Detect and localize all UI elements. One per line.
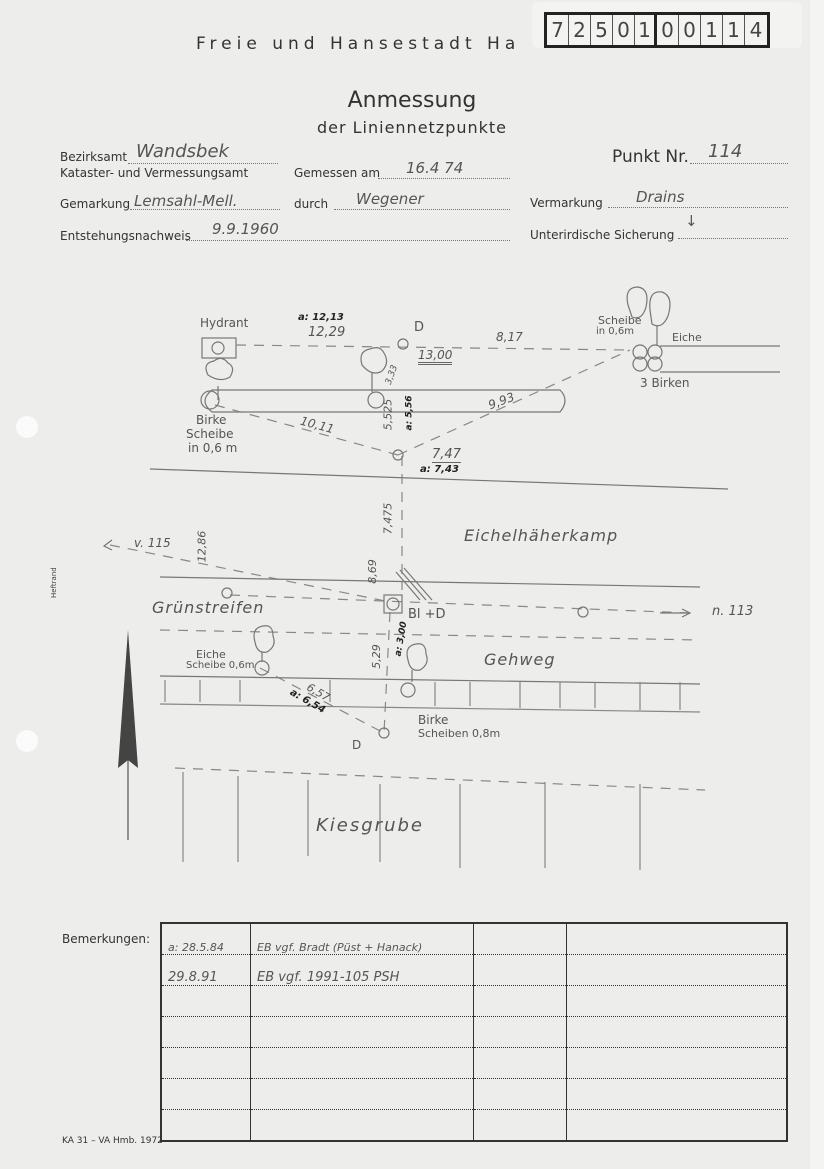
remarks-cell xyxy=(474,1048,567,1079)
remarks-cell: EB vgf. Bradt (Püst + Hanack) xyxy=(251,923,474,955)
remarks-cell xyxy=(161,1048,251,1079)
remarks-cell xyxy=(474,923,567,955)
measure-8-69: 8,69 xyxy=(366,559,379,584)
north-arrow-icon xyxy=(118,630,138,840)
remarks-row xyxy=(161,1048,787,1079)
remarks-cell xyxy=(474,955,567,986)
remarks-row xyxy=(161,1110,787,1142)
label-to-113: n. 113 xyxy=(712,604,753,619)
label-scheibe-bottom: Scheibe 0,6m xyxy=(186,660,254,671)
d-marker-label: D xyxy=(352,738,361,752)
remarks-cell xyxy=(567,955,788,986)
remarks-cell xyxy=(474,1079,567,1110)
label-gruenstreifen: Grünstreifen xyxy=(152,598,264,617)
measure-13-00: 13,00 xyxy=(418,348,452,365)
label-eiche-right: Eiche xyxy=(672,331,702,344)
form-code: KA 31 – VA Hmb. 1972 xyxy=(62,1136,163,1146)
label-street-eichelhaeherkamp: Eichelhäherkamp xyxy=(464,526,618,545)
label-3-birken: 3 Birken xyxy=(640,376,689,390)
remarks-cell xyxy=(161,986,251,1017)
measure-a-7-43: a: 7,43 xyxy=(420,464,459,475)
label-scheiben-bottom: Scheiben 0,8m xyxy=(418,727,500,740)
tree-icon xyxy=(254,626,274,675)
remarks-cell xyxy=(251,1079,474,1110)
remarks-row xyxy=(161,1079,787,1110)
measure-7-475: 7,475 xyxy=(381,503,394,535)
remarks-cell: EB vgf. 1991-105 PSH xyxy=(251,955,474,986)
remarks-cell xyxy=(567,986,788,1017)
measure-a-5-56: a: 5,56 xyxy=(405,395,415,430)
remarks-cell xyxy=(474,1110,567,1142)
remarks-cell: a: 28.5.84 xyxy=(161,923,251,955)
remarks-cell xyxy=(161,1110,251,1142)
remarks-table: a: 28.5.84EB vgf. Bradt (Püst + Hanack)2… xyxy=(160,922,788,1142)
measure-12-86: 12,86 xyxy=(195,531,208,563)
measure-7-47: 7,47 xyxy=(432,447,461,463)
remarks-cell xyxy=(567,1079,788,1110)
label-kiesgrube: Kiesgrube xyxy=(316,815,424,836)
remarks-cell xyxy=(251,986,474,1017)
measure-5-525: 5,525 xyxy=(381,399,394,431)
measure-5-29: 5,29 xyxy=(370,644,383,669)
label-birke-left: Birke xyxy=(196,413,226,427)
remarks-cell xyxy=(251,1110,474,1142)
label-hydrant: Hydrant xyxy=(200,316,248,330)
remarks-cell xyxy=(161,1079,251,1110)
measure-12-29: 12,29 xyxy=(308,325,345,340)
remarks-cell xyxy=(567,1017,788,1048)
remarks-cell xyxy=(161,1017,251,1048)
remarks-cell: 29.8.91 xyxy=(161,955,251,986)
remarks-cell xyxy=(567,1048,788,1079)
remarks-row xyxy=(161,1017,787,1048)
tree-icon xyxy=(401,644,427,697)
label-scheibe-left: Scheibe xyxy=(186,427,234,441)
margin-label: Heftrand xyxy=(50,567,58,598)
label-scheibe-right-depth: in 0,6m xyxy=(596,326,634,337)
remarks-cell xyxy=(474,1017,567,1048)
remarks-row: 29.8.91EB vgf. 1991-105 PSH xyxy=(161,955,787,986)
remarks-cell xyxy=(474,986,567,1017)
remarks-cell xyxy=(567,1110,788,1142)
measure-8-17: 8,17 xyxy=(496,330,523,344)
label-bl-d: Bl +D xyxy=(408,607,446,622)
remarks-cell xyxy=(251,1048,474,1079)
remarks-row: a: 28.5.84EB vgf. Bradt (Püst + Hanack) xyxy=(161,923,787,955)
remarks-row xyxy=(161,986,787,1017)
measure-a-12-13: a: 12,13 xyxy=(298,312,344,323)
label-gehweg: Gehweg xyxy=(484,650,555,669)
remarks-cell xyxy=(251,1017,474,1048)
remarks-cell xyxy=(567,923,788,955)
tree-icon xyxy=(201,358,233,409)
label-to-115: v. 115 xyxy=(134,536,171,550)
label-birke-bottom: Birke xyxy=(418,713,448,727)
hydrant-icon xyxy=(202,338,236,358)
label-scheibe-left-depth: in 0,6 m xyxy=(188,441,237,455)
d-marker-label: D xyxy=(414,320,424,335)
remarks-label: Bemerkungen: xyxy=(62,932,150,946)
